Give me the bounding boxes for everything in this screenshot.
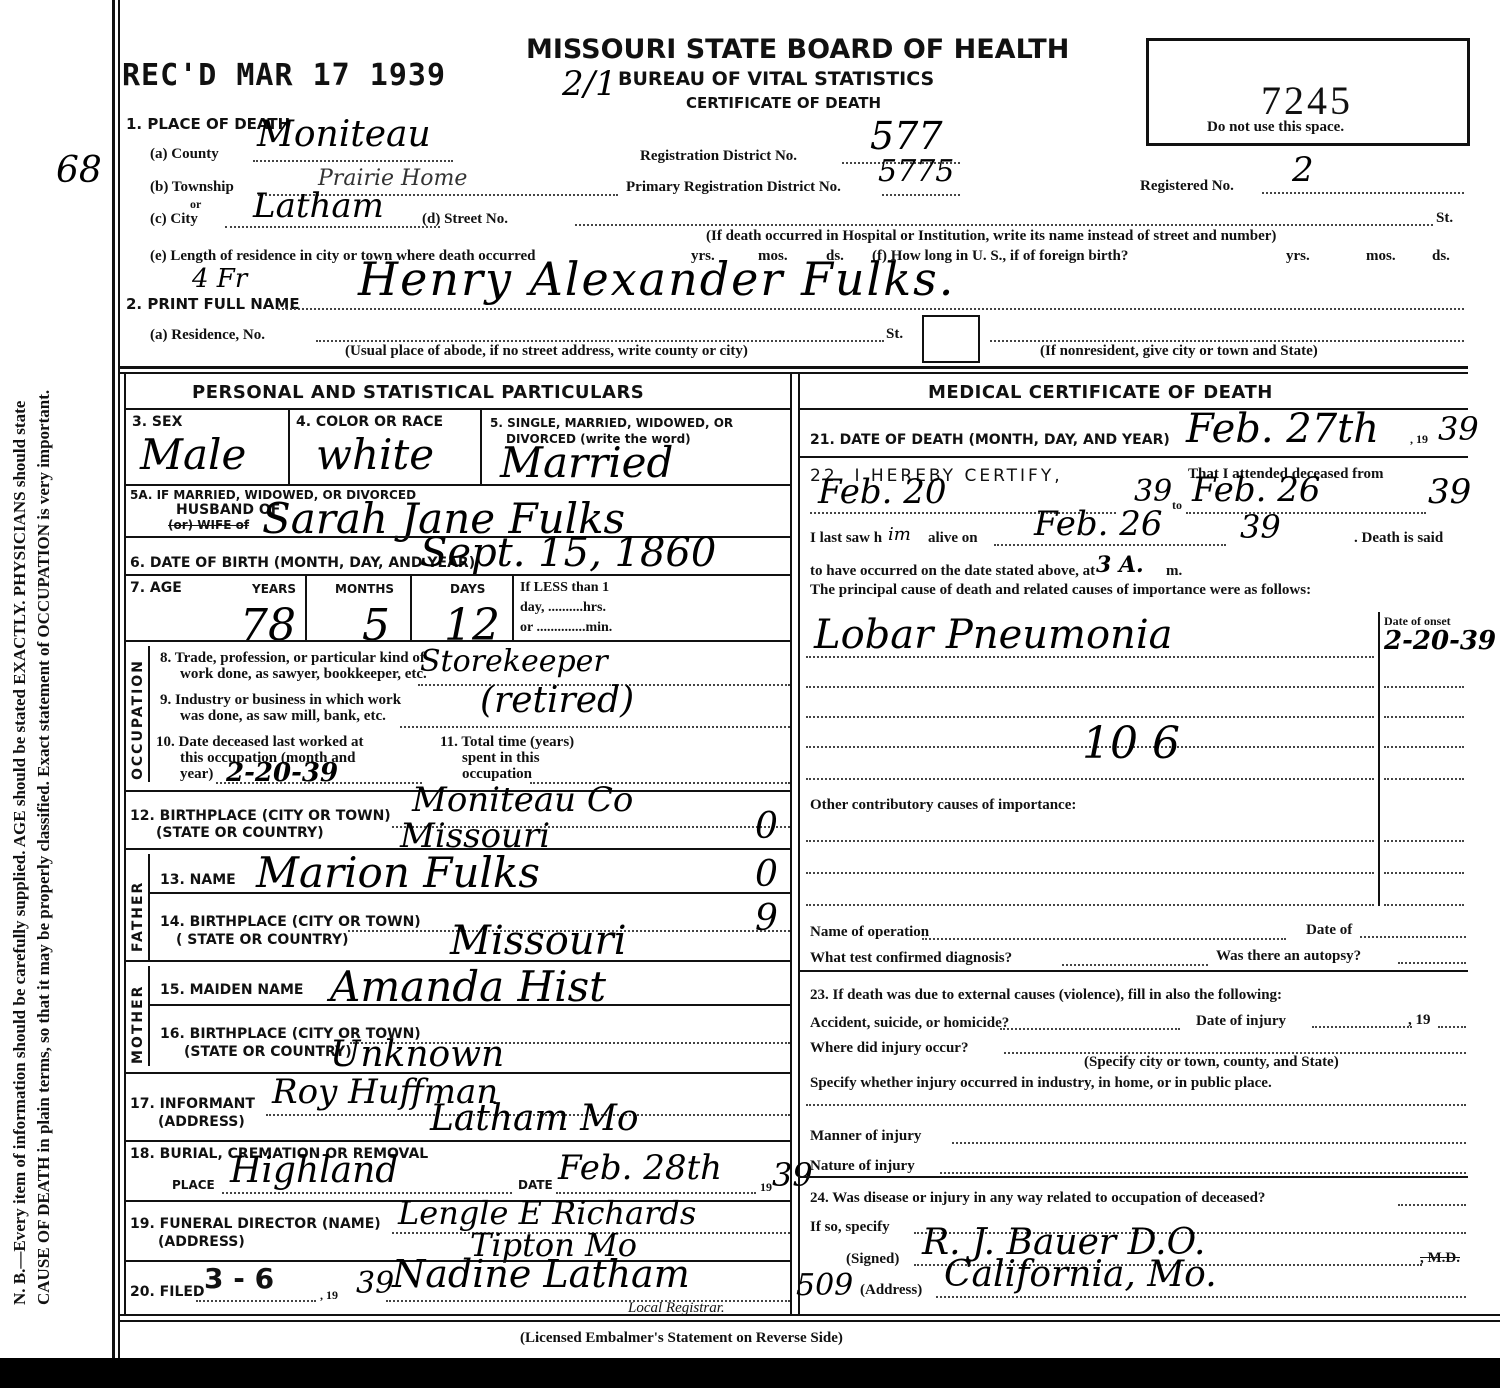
abode-note: (Usual place of abode, if no street addr… [345,343,748,360]
test-label: What test confirmed diagnosis? [810,950,1012,967]
industry-field[interactable]: (retired) [400,710,790,728]
county-field[interactable]: Moniteau [253,128,453,162]
county-label: (a) County [150,146,219,163]
primary-reg-label: Primary Registration District No. [626,179,841,196]
accident-field[interactable] [1000,1016,1180,1030]
registrar-field[interactable]: Nadine Latham [386,1286,790,1302]
left-border [112,0,115,1358]
rule-sex-race [288,408,290,484]
margin-code: 10 6 [1082,718,1180,769]
cause-value[interactable]: Lobar Pneumonia [814,612,1172,658]
city-value: Latham [253,186,384,226]
age-label: 7. AGE [130,580,182,596]
sex-value[interactable]: Male [140,430,246,479]
rule-after-dod [798,456,1468,458]
trade-label-1: 8. Trade, profession, or particular kind… [160,650,425,667]
attended-to-field[interactable]: Feb. 26 [1186,496,1426,514]
to-label: to [1172,498,1182,513]
lastsaw-year-value[interactable]: 39 [1240,508,1281,546]
rule-months-days [410,574,412,640]
onset-line-5[interactable] [1384,840,1464,842]
contributory-line-1[interactable] [806,840,1374,842]
onset-line-3[interactable] [1384,746,1464,748]
father-side-label: FATHER [130,881,146,952]
manner-field[interactable] [952,1130,1466,1144]
residence-st: St. [886,326,903,343]
nonresident-note: (If nonresident, give city or town and S… [1040,343,1318,360]
lastsaw-date-value: Feb. 26 [1034,504,1163,544]
name-prefix-mark: 4 Fr [192,264,247,294]
code-13: 0 [755,854,778,895]
informant-label: 17. INFORMANT [130,1096,255,1112]
burial-date-field[interactable]: Feb. 28th [556,1178,756,1194]
operation-field[interactable] [922,926,1286,940]
onset-column-rule [1378,612,1380,906]
side-note-line1: N. B.—Every item of information should b… [10,401,30,1305]
burial-place-label: PLACE [172,1178,215,1192]
marital-value[interactable]: Married [500,438,673,487]
industry-value: (retired) [480,680,634,721]
primary-reg-value: 5775 [878,154,954,189]
foreign-yrs: yrs. [1286,248,1310,265]
totaltime-label-1: 11. Total time (years) [440,734,574,751]
rule-race-marital [480,408,482,484]
filed-field[interactable]: 3 - 6 [196,1286,316,1302]
onset-line-7[interactable] [1384,904,1464,906]
industry-label-2: was done, as saw mill, bank, etc. [180,708,386,725]
side-note-line2: CAUSE OF DEATH in plain terms, so that i… [34,390,54,1305]
lastworked-value: 2-20-39 [226,758,338,788]
mother-bp-value[interactable]: Unknown [330,1034,504,1075]
informant-address-value[interactable]: Latham Mo [430,1098,639,1139]
funeral-label: 19. FUNERAL DIRECTOR (NAME) [130,1216,381,1232]
rule-after-dob [124,574,790,576]
rule-father-side [148,854,150,960]
operation-date-field[interactable] [1360,924,1466,938]
contributory-label: Other contributory causes of importance: [810,797,1076,814]
dod-label: 21. DATE OF DEATH (MONTH, DAY, AND YEAR) [810,432,1170,448]
test-field[interactable] [1062,952,1208,966]
nonresident-field[interactable] [990,324,1464,342]
less-label-2: day, ..........hrs. [520,600,606,616]
autopsy-field[interactable] [1398,950,1466,964]
specify-whether: Specify whether injury occurred in indus… [810,1075,1272,1092]
form-subtitle: BUREAU OF VITAL STATISTICS [618,68,934,90]
rule-after-father-name [148,892,790,894]
mother-name-label: 15. MAIDEN NAME [160,982,303,998]
reg-district-value: 577 [870,114,943,158]
spouse-label-3: (or) WIFE of [168,518,249,532]
less-label-1: If LESS than 1 [520,580,609,596]
onset-line-2[interactable] [1384,716,1464,718]
contributory-line-3[interactable] [806,904,1374,906]
full-name-field[interactable]: Henry Alexander Fulks. [278,278,1464,310]
handwritten-mark: 2/1 [562,64,617,104]
accident-label: Accident, suicide, or homicide? [810,1015,1009,1032]
manner-label: Manner of injury [810,1128,921,1145]
filed-label: 20. FILED [130,1284,205,1300]
address-value: California, Mo. [944,1254,1217,1295]
divider-main-2 [118,372,1468,374]
registered-label: Registered No. [1140,178,1234,195]
office-use-note: Do not use this space. [1207,119,1344,136]
city-field[interactable]: Latham [225,198,440,228]
birthplace-city-value: Moniteau Co [412,780,633,820]
burial-place-value: Highland [230,1150,398,1191]
onset-value[interactable]: 2-20-39 [1384,626,1496,656]
lastsaw-label: I last saw h [810,530,882,547]
marital-label: 5. SINGLE, MARRIED, WIDOWED, OR [490,416,733,430]
foreign-ds: ds. [1432,248,1450,265]
full-name-value: Henry Alexander Fulks. [358,252,955,306]
rule-after-nature [798,1176,1468,1178]
city-label: (c) City [150,211,198,228]
registered-value: 2 [1292,150,1314,190]
burial-year-value[interactable]: 39 [772,1156,813,1194]
injury-year-field[interactable] [1438,1014,1466,1028]
injury-year-label: , 19 [1408,1012,1431,1029]
operation-label: Name of operation [810,924,929,941]
industry-label-1: 9. Industry or business in which work [160,692,401,709]
primary-reg-field[interactable]: 5775 [882,162,960,196]
rule-years-months [305,574,307,640]
rule-after-age [124,640,790,642]
personal-heading: PERSONAL AND STATISTICAL PARTICULARS [192,382,644,403]
form-title: MISSOURI STATE BOARD OF HEALTH [526,34,1069,65]
attended-from-value: Feb. 20 [818,472,947,512]
signed-label: (Signed) [846,1251,899,1268]
scan-edge [0,1358,1500,1388]
father-bp-value[interactable]: Missouri [450,918,627,964]
certificate-type: CERTIFICATE OF DEATH [686,94,881,112]
less-label-3: or ..............min. [520,620,612,636]
footer-note: (Licensed Embalmer's Statement on Revers… [520,1330,843,1347]
rule-bottom-2 [118,1320,1500,1322]
lastsaw-date-field[interactable]: Feb. 26 [994,530,1226,546]
divider-main [118,366,1468,369]
office-use-box: 7245 Do not use this space. [1146,38,1470,146]
rule-occupation-side [148,646,150,782]
attended-to-year[interactable]: 39 [1428,472,1471,512]
where-field[interactable] [1004,1040,1466,1054]
where-label: Where did injury occur? [810,1040,968,1057]
cause-line-5[interactable] [806,778,1374,780]
margin-number: 68 [56,150,102,191]
rule-personal-head [124,408,790,410]
external-label: 23. If death was due to external causes … [810,987,1282,1004]
lastworked-label-3: year) [180,766,213,783]
birthplace-label-2: (STATE OR COUNTRY) [156,825,324,841]
years-value[interactable]: 78 [240,600,296,651]
informant-address-label: (ADDRESS) [158,1114,245,1130]
residence-checkbox[interactable] [922,315,980,363]
lastsaw-pronoun[interactable]: im [888,524,911,545]
race-value[interactable]: white [316,430,434,479]
father-name-value[interactable]: Marion Fulks [256,848,540,897]
alive-label: alive on [928,530,978,547]
onset-line-1[interactable] [1384,686,1464,688]
dod-year-prefix: , 19 [1410,432,1428,447]
attended-to-value: Feb. 26 [1192,470,1321,510]
trade-label-2: work done, as sawyer, bookkeeper, etc. [180,666,427,683]
address-field[interactable]: California, Mo. [936,1284,1466,1298]
father-name-label: 13. NAME [160,872,236,888]
registered-field[interactable]: 2 [1262,162,1464,194]
burial-place-field[interactable]: Highland [222,1178,512,1194]
injury-date-label: Date of injury [1196,1013,1286,1030]
race-label: 4. COLOR OR RACE [296,414,443,430]
left-section-border [124,374,126,1314]
code-14: 9 [755,898,778,939]
rule-after-diagnosis [798,970,1468,972]
mother-side-label: MOTHER [130,985,146,1064]
cause-line-1[interactable] [806,656,1374,658]
contributory-line-2[interactable] [806,872,1374,874]
address-label: (Address) [860,1282,922,1299]
trade-value: Storekeeper [420,644,608,679]
years-label: YEARS [252,582,296,596]
death-said: . Death is said [1354,530,1443,547]
street-label: (d) Street No. [422,211,508,228]
nature-field[interactable] [940,1160,1466,1174]
dod-value[interactable]: Feb. 27th [1186,406,1379,452]
or-label: or [190,197,201,212]
filed-year-prefix: , 19 [320,1288,338,1303]
left-border-inner [118,0,120,1358]
rule-after-mother-name [148,1004,790,1006]
time-suffix: m. [1166,563,1182,580]
full-name-label: 2. PRINT FULL NAME [126,295,300,313]
occ-related-field[interactable] [1398,1192,1466,1206]
nature-label: Nature of injury [810,1158,915,1175]
lastworked-field[interactable]: 2-20-39 [216,766,422,784]
foreign-mos: mos. [1366,248,1396,265]
birthplace-label-1: 12. BIRTHPLACE (CITY OR TOWN) [130,808,391,824]
occurred-label: to have occurred on the date stated abov… [810,563,1095,580]
sex-label: 3. SEX [132,414,182,430]
rule-mother-side [148,966,150,1066]
specify-whether-field[interactable] [806,1104,1466,1106]
rule-after-sex [124,484,790,486]
occupation-side-label: OCCUPATION [130,659,146,780]
residence-label: (a) Residence, No. [150,327,265,344]
months-value[interactable]: 5 [362,600,390,651]
time-value[interactable]: 3 A. [1096,552,1144,578]
operation-date-label: Date of [1306,922,1352,939]
autopsy-label: Was there an autopsy? [1216,948,1361,965]
dob-value[interactable]: Sept. 15, 1860 [420,530,716,576]
onset-line-4[interactable] [1384,778,1464,780]
specify-place-note: (Specify city or town, county, and State… [1084,1054,1339,1071]
rule-days-less [512,574,514,640]
dod-year-value[interactable]: 39 [1438,410,1479,448]
margin-code-2: 509 [796,1268,853,1303]
cause-line-2[interactable] [806,686,1374,688]
rule-bottom-1 [118,1314,1500,1316]
reg-district-label: Registration District No. [640,148,797,165]
occ-related-label: 24. Was disease or injury in any way rel… [810,1190,1265,1207]
signed-suffix: , M.D. [1420,1250,1460,1267]
mother-bp-label-2: (STATE OR COUNTRY) [184,1044,352,1060]
funeral-address-label: (ADDRESS) [158,1234,245,1250]
hospital-note: (If death occurred in Hospital or Instit… [706,228,1276,245]
burial-date-value: Feb. 28th [558,1148,722,1188]
received-stamp: REC'D MAR 17 1939 [122,58,446,93]
father-bp-label-2: ( STATE OR COUNTRY) [176,932,348,948]
registrar-value: Nadine Latham [392,1252,690,1296]
certificate-number: 7245 [1261,77,1353,124]
township-label: (b) Township [150,179,234,196]
injury-date-field[interactable] [1312,1014,1412,1028]
rule-after-informant [124,1140,790,1142]
street-suffix: St. [1436,210,1453,227]
cause-intro: The principal cause of death and related… [810,582,1311,599]
filed-value: 3 - 6 [204,1262,274,1295]
burial-year-prefix: 19 [760,1180,772,1195]
months-label: MONTHS [335,582,394,596]
onset-line-6[interactable] [1384,872,1464,874]
street-field[interactable] [575,208,1433,226]
days-label: DAYS [450,582,485,596]
totaltime-label-2: spent in this [462,750,540,767]
lastworked-label-1: 10. Date deceased last worked at [156,734,363,751]
medical-heading: MEDICAL CERTIFICATE OF DEATH [928,382,1273,403]
residence-field[interactable] [316,324,884,342]
county-value: Moniteau [257,114,431,155]
ifso-label: If so, specify [810,1219,890,1236]
code-12: 0 [755,806,778,847]
burial-date-label: DATE [518,1178,553,1192]
